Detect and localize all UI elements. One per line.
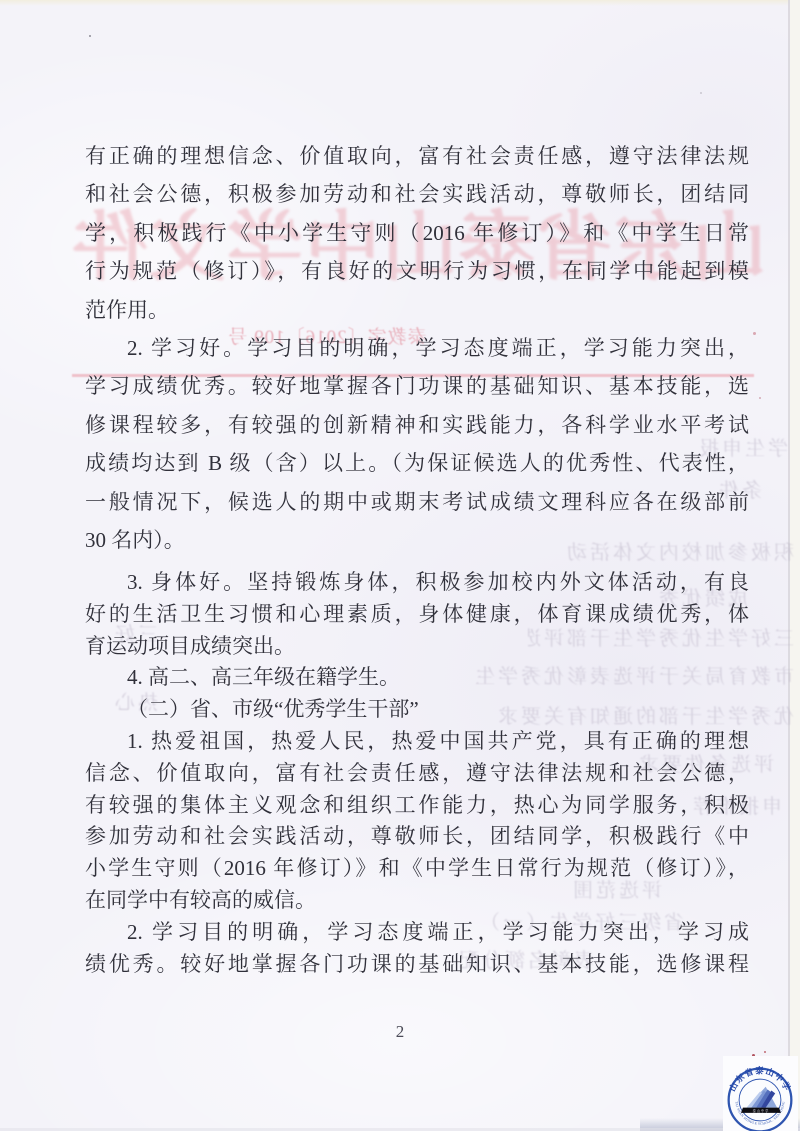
body-text-upper: 有正确的理想信念、价值取向，富有社会责任感，遵守法律法规和社会公德，积极参加劳动… <box>85 137 749 559</box>
text-line: 信念、价值取向，富有社会责任感，遵守法律法规和社会公德， <box>85 758 749 790</box>
text-line: 30 名内）。 <box>85 521 749 559</box>
speck <box>148 530 151 533</box>
text-line: 3. 身体好。坚持锻炼身体，积极参加校内外文体活动，有良 <box>85 567 749 599</box>
text-line: 好的生活卫生习惯和心理素质，身体健康，体育课成绩优秀，体 <box>85 599 749 631</box>
text-line: 有较强的集体主义观念和组织工作能力，热心为同学服务，积极 <box>85 790 749 822</box>
school-seal: 山东省泰山中学 TAI SHAN MIDDLE SCHOOL. SHANDONG… <box>722 1062 798 1131</box>
text-line: 和社会公德，积极参加劳动和社会实践活动，尊敬师长，团结同 <box>85 175 749 213</box>
text-line: 1. 热爱祖国，热爱人民，热爱中国共产党，具有正确的理想 <box>85 726 749 758</box>
speck <box>764 1051 766 1053</box>
text-line: 学习成绩优秀。较好地掌握各门功课的基础知识、基本技能，选 <box>85 367 749 405</box>
text-line: 小学生守则（2016 年修订）》和《中学生日常行为规范（修订）》， <box>85 853 749 885</box>
text-line: 有正确的理想信念、价值取向，富有社会责任感，遵守法律法规 <box>85 137 749 175</box>
speck <box>753 332 756 335</box>
seal-base-label: 泰山中学 <box>753 1108 770 1113</box>
speck <box>89 35 91 37</box>
text-line: 学，积极践行《中小学生守则（2016 年修订）》和《中学生日常 <box>85 214 749 252</box>
body-text-lower: 3. 身体好。坚持锻炼身体，积极参加校内外文体活动，有良好的生活卫生习惯和心理素… <box>85 567 749 980</box>
text-line: 育运动项目成绩突出。 <box>85 631 749 663</box>
text-line: 行为规范（修订）》，有良好的文明行为习惯，在同学中能起到模 <box>85 252 749 290</box>
text-line: 一般情况下，候选人的期中或期末考试成绩文理科应各在级部前 <box>85 483 749 521</box>
text-line: （二）省、市级“优秀学生干部” <box>85 694 749 726</box>
text-line: 成绩均达到 B 级（含）以上。（为保证候选人的优秀性、代表性， <box>85 444 749 482</box>
speck <box>759 397 761 399</box>
text-line: 绩优秀。较好地掌握各门功课的基础知识、基本技能，选修课程 <box>85 949 749 981</box>
text-line: 4. 高二、高三年级在籍学生。 <box>85 662 749 694</box>
text-line: 2. 学习好。学习目的明确，学习态度端正，学习能力突出， <box>85 329 749 367</box>
text-line: 修课程较多，有较强的创新精神和实践能力，各科学业水平考试 <box>85 406 749 444</box>
text-line: 在同学中有较高的威信。 <box>85 885 749 917</box>
page-number: 2 <box>370 1022 430 1042</box>
text-line: 参加劳动和社会实践活动，尊敬师长，团结同学，积极践行《中 <box>85 821 749 853</box>
text-line: 2. 学习目的明确，学习态度端正，学习能力突出，学习成 <box>85 917 749 949</box>
scanned-page: 山东省泰山中学文件 泰教字〔2016〕109 号 学生申报条件积极参加校内文体活… <box>0 0 800 1131</box>
school-seal-graphic: 山东省泰山中学 TAI SHAN MIDDLE SCHOOL. SHANDONG… <box>722 1062 798 1131</box>
speck <box>700 92 702 94</box>
text-line: 范作用。 <box>85 291 749 329</box>
